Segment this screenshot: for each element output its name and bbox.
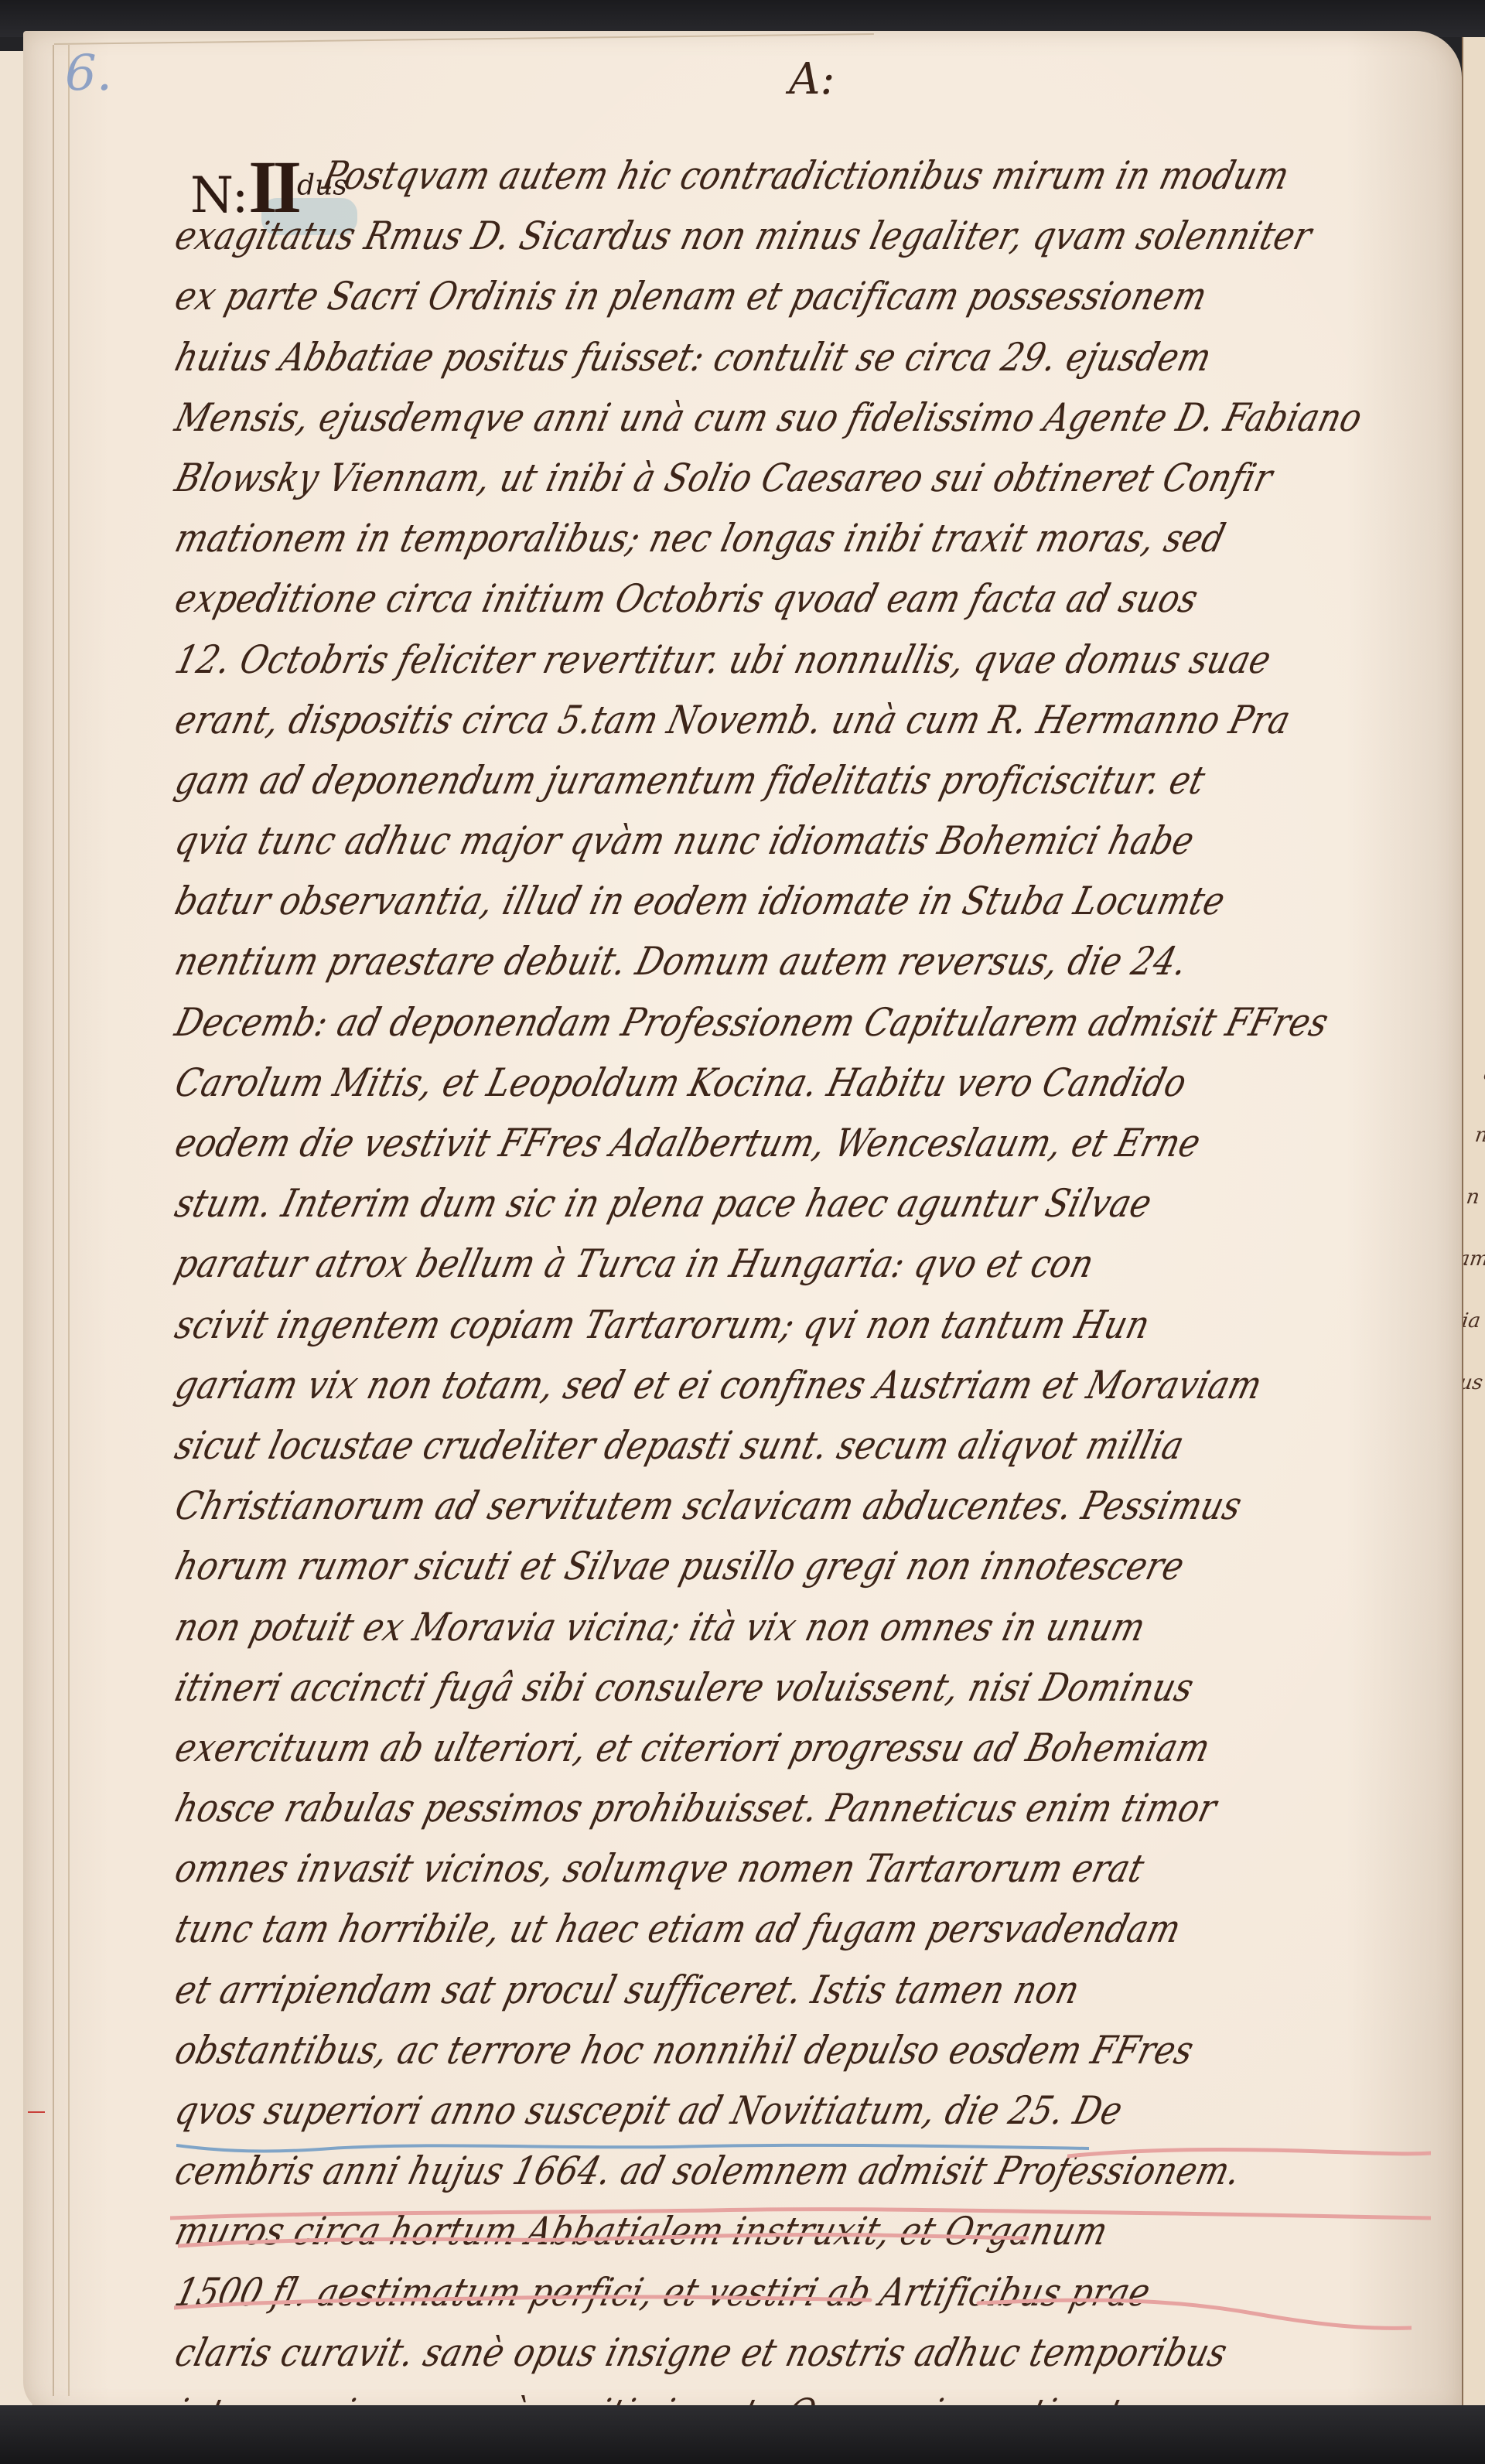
manuscript-line: sicut locustae crudeliter depasti sunt. … [169,1415,1281,1476]
next-page-edge: m er m no fir d s a ra et e te 24 res do… [1462,37,1485,2411]
manuscript-line: qvos superiori anno suscepit ad Novitiat… [169,2080,1281,2141]
manuscript-line: omnes invasit vicinos, solumqve nomen Ta… [169,1838,1281,1899]
page-top-fold-line [54,33,874,45]
manuscript-line: paratur atrox bellum à Turca in Hungaria… [169,1234,1281,1294]
manuscript-line: erant, dispositis circa 5.tam Novemb. un… [169,690,1281,750]
page-header: A: [789,54,835,104]
book-binding-bottom [0,2405,1485,2464]
manuscript-line: Carolum Mitis, et Leopoldum Kocina. Habi… [169,1053,1281,1113]
manuscript-line: hosce rabulas pessimos prohibuisset. Pan… [169,1778,1281,1838]
manuscript-line: obstantibus, ac terrore hoc nonnihil dep… [169,2020,1281,2080]
manuscript-line: tunc tam horribile, ut haec etiam ad fug… [169,1899,1281,1959]
manuscript-line: stum. Interim dum sic in plena pace haec… [169,1173,1281,1234]
next-page-text-fragments: m er m no fir d s a ra et e te 24 res do… [1462,53,1485,2342]
manuscript-line: 12. Octobris feliciter revertitur. ubi n… [169,630,1281,690]
red-pencil-underline [178,2232,1029,2251]
manuscript-line: batur observantia, illud in eodem idioma… [169,871,1281,931]
manuscript-line: Blowsky Viennam, ut inibi à Solio Caesar… [169,448,1281,508]
page-edge-line [53,45,54,2396]
manuscript-line: non potuit ex Moravia vicina; ità vix no… [169,1597,1281,1657]
page-edge-line [68,45,70,2396]
manuscript-line: horum rumor sicuti et Silvae pusillo gre… [169,1536,1281,1596]
red-pencil-underline [1067,2144,1431,2162]
manuscript-text: Postqvam autem hic contradictionibus mir… [176,145,1453,2443]
manuscript-line: Christianorum ad servitutem sclavicam ab… [169,1476,1281,1536]
blue-pencil-underline [176,2141,1089,2155]
manuscript-line: gariam vix non totam, sed et ei confines… [169,1355,1281,1415]
manuscript-line: scivit ingentem copiam Tartarorum; qvi n… [169,1295,1281,1355]
red-pencil-underline [174,2291,1412,2337]
manuscript-line: itineri accincti fugâ sibi consulere vol… [169,1657,1281,1718]
manuscript-line: Mensis, ejusdemqve anni unà cum suo fide… [169,387,1281,448]
manuscript-line: mationem in temporalibus; nec longas ini… [169,508,1281,568]
manuscript-line: Decemb: ad deponendam Professionem Capit… [169,992,1281,1053]
manuscript-line: eodem die vestivit FFres Adalbertum, Wen… [169,1113,1281,1173]
manuscript-line: Postqvam autem hic contradictionibus mir… [169,145,1281,206]
manuscript-line: exercituum ab ulteriori, et citeriori pr… [169,1718,1281,1778]
red-pencil-underline [170,2204,1431,2223]
red-margin-tick [28,2111,45,2113]
folio-number: 6. [65,45,112,102]
manuscript-line: gam ad deponendum juramentum fidelitatis… [169,750,1281,811]
manuscript-line: huius Abbatiae positus fuisset: contulit… [169,327,1281,387]
manuscript-line: ex parte Sacri Ordinis in plenam et paci… [169,266,1281,326]
manuscript-line: nentium praestare debuit. Domum autem re… [169,931,1281,991]
manuscript-line: exagitatus Rmus D. Sicardus non minus le… [169,206,1281,266]
manuscript-line: et arripiendam sat procul sufficeret. Is… [169,1960,1281,2020]
manuscript-line: qvia tunc adhuc major qvàm nunc idiomati… [169,811,1281,871]
manuscript-line: expeditione circa initium Octobris qvoad… [169,568,1281,629]
